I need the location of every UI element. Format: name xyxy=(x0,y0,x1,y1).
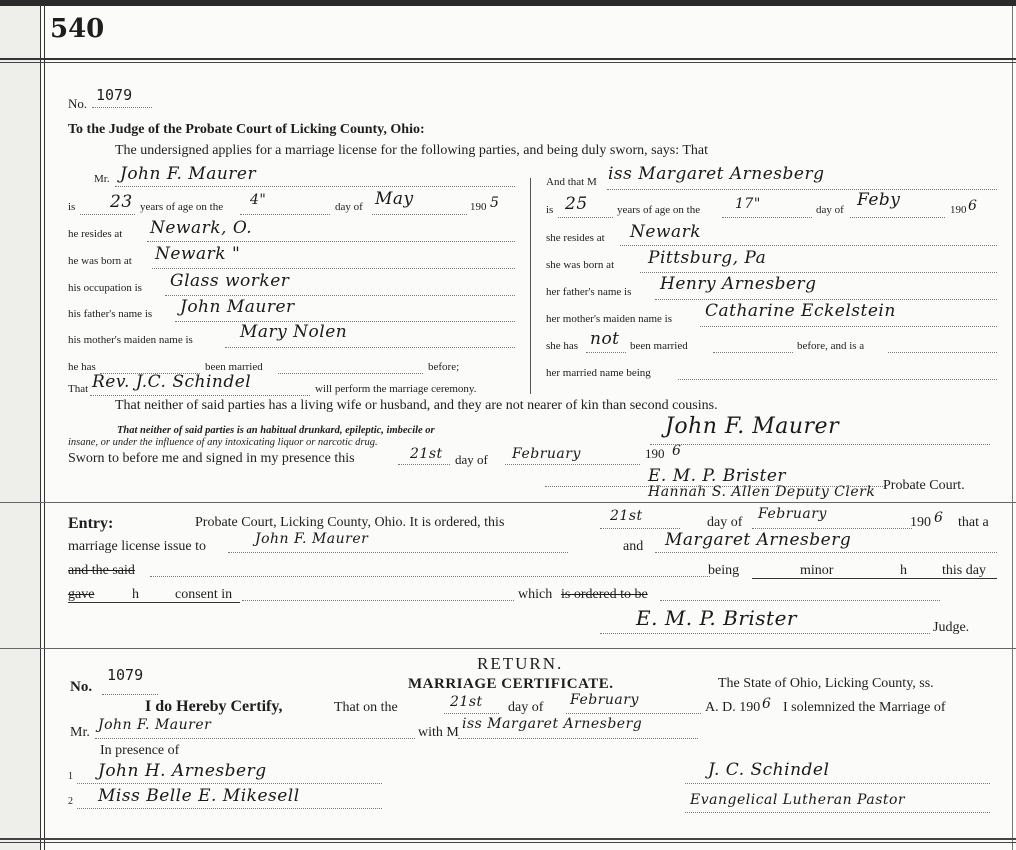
bride-before-label: before, and is a xyxy=(797,340,864,352)
sworn-day-line xyxy=(398,464,450,465)
entry-month-line xyxy=(752,528,912,529)
groom-birth-day: 4" xyxy=(250,192,266,208)
bride-married-name-line xyxy=(678,379,997,380)
entry-consent-line xyxy=(242,600,514,601)
entry-minor-strike xyxy=(752,578,997,579)
entry-issue-label: marriage license issue to xyxy=(68,539,206,555)
witness-1-name: John H. Arnesberg xyxy=(98,761,267,781)
ceremony-label: will perform the marriage ceremony. xyxy=(315,383,476,395)
groom-name-line xyxy=(115,186,515,187)
certify-bold: I do Hereby Certify, xyxy=(145,698,282,716)
sworn-year-prefix: 190 xyxy=(645,446,665,462)
binding-margin xyxy=(0,6,40,850)
entry-day: 21st xyxy=(610,508,643,524)
witness-2-number: 2 xyxy=(68,796,73,807)
drunkard-statement-2: insane, or under the influence of any in… xyxy=(68,437,378,448)
column-divider xyxy=(530,178,531,394)
officiant-title-line xyxy=(685,812,990,813)
groom-birth-month: May xyxy=(375,189,414,209)
bottom-rule-2 xyxy=(0,842,1016,843)
probate-judge-signature: E. M. P. Brister xyxy=(648,466,786,486)
margin-rule-2 xyxy=(44,6,45,850)
bride-status-line xyxy=(888,352,997,353)
section-rule-entry xyxy=(0,502,1016,503)
groom-mother-line xyxy=(225,347,515,348)
officiant-signature: J. C. Schindel xyxy=(708,760,829,780)
bride-born-label: she was born at xyxy=(546,259,614,271)
groom-occupation: Glass worker xyxy=(170,271,289,291)
witness-2-line xyxy=(77,808,382,809)
return-mr-label: Mr. xyxy=(70,725,90,741)
bride-has-line xyxy=(586,352,626,353)
section-rule-return xyxy=(0,648,1016,649)
sworn-day: 21st xyxy=(410,446,443,462)
bride-mother-label: her mother's maiden name is xyxy=(546,313,672,325)
entry-year-suffix: 6 xyxy=(934,510,943,526)
right-edge-rule xyxy=(1012,6,1013,850)
groom-before-label: before; xyxy=(428,361,459,373)
entry-this-day-label: this day xyxy=(942,563,986,579)
bride-father-label: her father's name is xyxy=(546,286,631,298)
page-number: 540 xyxy=(50,14,104,44)
entry-h2-label: h xyxy=(132,587,139,603)
application-no-value: 1079 xyxy=(96,86,132,104)
groom-year-prefix: 190 xyxy=(470,201,487,213)
return-subtitle: MARRIAGE CERTIFICATE. xyxy=(408,676,614,693)
bride-name: iss Margaret Arnesberg xyxy=(608,164,825,184)
witness-1-number: 1 xyxy=(68,771,73,782)
bride-married-name-label: her married name being xyxy=(546,367,651,379)
presence-label: In presence of xyxy=(100,743,179,759)
groom-before-line xyxy=(278,373,423,374)
sworn-label: Sworn to before me and signed in my pres… xyxy=(68,451,355,467)
application-intro: The undersigned applies for a marriage l… xyxy=(115,143,708,159)
groom-born-label: he was born at xyxy=(68,255,132,267)
kin-statement: That neither of said parties has a livin… xyxy=(115,398,718,414)
entry-text: Probate Court, Licking County, Ohio. It … xyxy=(195,515,504,531)
application-no-label: No. xyxy=(68,96,87,112)
bride-prefix: And that M xyxy=(546,176,597,188)
groom-month-line xyxy=(372,214,467,215)
bride-birth-month: Feby xyxy=(857,190,900,210)
bride-age-label: is xyxy=(546,204,553,216)
bride-age: 25 xyxy=(565,194,588,214)
groom-year-suffix: 5 xyxy=(490,195,499,211)
bride-mother-line xyxy=(700,326,997,327)
entry-and-label: and xyxy=(623,539,643,555)
groom-prefix: Mr. xyxy=(94,173,110,185)
entry-minor-label: minor xyxy=(800,563,833,579)
entry-judge-label: Judge. xyxy=(933,620,969,636)
bride-day-line xyxy=(722,217,812,218)
sworn-year-suffix: 6 xyxy=(672,443,681,459)
return-month: February xyxy=(570,692,639,708)
entry-that-a-label: that a xyxy=(958,515,989,531)
entry-groom: John F. Maurer xyxy=(255,531,368,547)
entry-bride-line xyxy=(655,552,997,553)
sworn-day-of-label: day of xyxy=(455,452,488,468)
groom-mother-label: his mother's maiden name is xyxy=(68,334,193,346)
certify-text: That on the xyxy=(334,700,398,716)
bride-before-line xyxy=(713,352,793,353)
sworn-month: February xyxy=(512,446,581,462)
return-groom-line xyxy=(95,738,415,739)
groom-age: 23 xyxy=(110,192,133,212)
officiant-line xyxy=(90,395,310,396)
return-day-line xyxy=(444,713,499,714)
sworn-month-line xyxy=(505,464,640,465)
groom-resides: Newark, O. xyxy=(150,218,252,238)
groom-day-of-label: day of xyxy=(335,201,363,213)
drunkard-statement-1: That neither of said parties is an habit… xyxy=(117,425,435,436)
return-bride: iss Margaret Arnesberg xyxy=(462,716,642,732)
groom-father-label: his father's name is xyxy=(68,308,152,320)
return-day-of-label: day of xyxy=(508,700,543,716)
margin-rule-1 xyxy=(40,6,41,850)
entry-being-label: being xyxy=(708,563,739,579)
officiant-that-label: That xyxy=(68,383,88,395)
entry-month: February xyxy=(758,506,827,522)
entry-said-line xyxy=(150,576,710,577)
groom-name: John F. Maurer xyxy=(120,164,256,184)
applicant-signature: John F. Maurer xyxy=(665,414,839,439)
entry-groom-line xyxy=(228,552,568,553)
groom-born: Newark " xyxy=(155,244,240,264)
bride-born-line xyxy=(640,272,997,273)
groom-age-label: is xyxy=(68,201,75,213)
entry-gave-label: gave xyxy=(68,587,94,603)
groom-resides-label: he resides at xyxy=(68,228,122,240)
entry-consent-label: consent in xyxy=(175,587,232,603)
entry-said-label: and the said xyxy=(68,563,135,579)
officiant-signature-line xyxy=(685,783,990,784)
solemnized-label: I solemnized the Marriage of xyxy=(783,700,946,716)
application-heading: To the Judge of the Probate Court of Lic… xyxy=(68,122,425,138)
return-no-line xyxy=(102,694,158,695)
entry-year-prefix: 190 xyxy=(910,515,931,531)
return-no-label: No. xyxy=(70,679,92,696)
header-rule xyxy=(0,58,1016,60)
bride-year-prefix: 190 xyxy=(950,204,967,216)
groom-resides-line xyxy=(147,241,515,242)
bride-married-value: not xyxy=(590,329,620,349)
entry-consent-strike xyxy=(68,602,240,603)
entry-ordered-line xyxy=(660,600,940,601)
entry-bride: Margaret Arnesberg xyxy=(665,530,851,550)
bride-day-of-label: day of xyxy=(816,204,844,216)
bride-father-line xyxy=(655,299,997,300)
groom-age-line xyxy=(80,214,135,215)
witness-1-line xyxy=(77,783,382,784)
groom-mother: Mary Nolen xyxy=(240,322,347,342)
groom-occupation-line xyxy=(165,295,515,296)
return-no-value: 1079 xyxy=(107,666,143,684)
header-rule-2 xyxy=(0,62,1016,63)
bride-father: Henry Arnesberg xyxy=(660,274,817,294)
bride-name-line xyxy=(607,189,997,190)
entry-label: Entry: xyxy=(68,515,113,533)
return-year-suffix: 6 xyxy=(762,696,771,712)
bride-born: Pittsburg, Pa xyxy=(648,248,766,268)
bride-resides: Newark xyxy=(630,222,701,242)
entry-judge-line xyxy=(600,633,930,634)
return-month-line xyxy=(566,713,701,714)
return-ad-label: A. D. 190 xyxy=(705,700,760,716)
bride-birth-day: 17" xyxy=(735,196,761,212)
no-dotted-line xyxy=(92,107,152,108)
return-bride-line xyxy=(458,738,698,739)
witness-2-name: Miss Belle E. Mikesell xyxy=(98,786,300,806)
officiant-name: Rev. J.C. Schindel xyxy=(92,372,251,392)
bride-resides-label: she resides at xyxy=(546,232,605,244)
groom-born-line xyxy=(152,268,515,269)
bride-been-married-label: been married xyxy=(630,340,688,352)
applicant-signature-line xyxy=(650,444,990,445)
bride-resides-line xyxy=(620,245,997,246)
entry-ordered-label: is ordered to be xyxy=(561,587,648,603)
return-groom: John F. Maurer xyxy=(98,717,211,733)
bride-has-label: she has xyxy=(546,340,578,352)
officiant-title: Evangelical Lutheran Pastor xyxy=(690,792,905,808)
bride-age-line xyxy=(558,217,613,218)
entry-day-line xyxy=(600,528,680,529)
bride-year-suffix: 6 xyxy=(968,198,977,214)
bride-age-on-label: years of age on the xyxy=(617,204,700,216)
groom-day-line xyxy=(240,214,330,215)
probate-court-label: Probate Court. xyxy=(883,478,965,494)
entry-h-label: h xyxy=(900,563,907,579)
return-title: RETURN. xyxy=(477,654,563,674)
return-with-label: with M xyxy=(418,725,459,741)
bottom-rule xyxy=(0,838,1016,840)
return-day: 21st xyxy=(450,694,483,710)
bride-mother: Catharine Eckelstein xyxy=(705,301,896,321)
entry-which-label: which xyxy=(518,587,552,603)
register-page: 540 No. 1079 To the Judge of the Probate… xyxy=(0,6,1016,850)
probate-signature-line xyxy=(545,486,885,487)
bride-month-line xyxy=(850,217,945,218)
groom-age-on-label: years of age on the xyxy=(140,201,223,213)
entry-day-of-label: day of xyxy=(707,515,742,531)
groom-father: John Maurer xyxy=(180,297,295,317)
entry-judge-signature: E. M. P. Brister xyxy=(636,606,797,630)
return-state-label: The State of Ohio, Licking County, ss. xyxy=(718,676,934,692)
groom-occupation-label: his occupation is xyxy=(68,282,142,294)
